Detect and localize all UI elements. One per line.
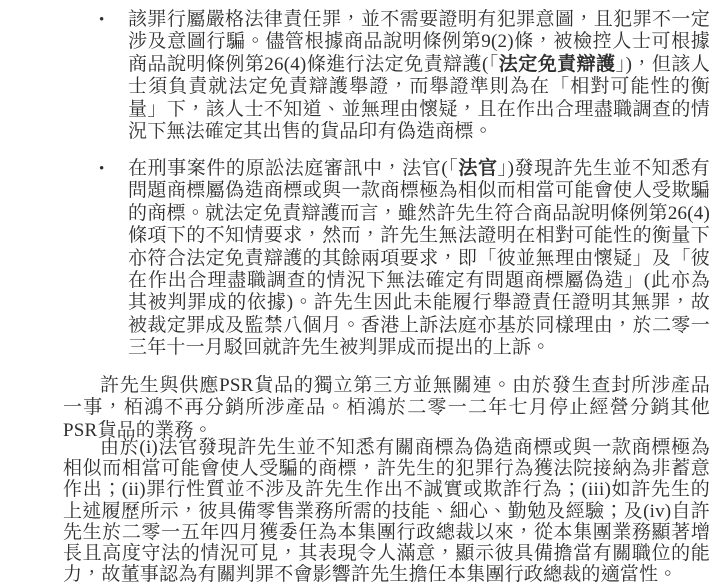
document-page: • 該罪行屬嚴格法律責任罪，並不需要證明有犯罪意圖，且犯罪不一定涉及意圖行騙。儘…: [0, 0, 718, 588]
paragraph-text: 由於(i)法官發現許先生並不知悉有關商標為偽造商標或與一款商標極為相似而相當可能…: [63, 437, 710, 585]
bullet-text: 該罪行屬嚴格法律責任罪，並不需要證明有犯罪意圖，且犯罪不一定涉及意圖行騙。儘管根…: [128, 9, 710, 142]
body-paragraph: 許先生與供應PSR貨品的獨立第三方並無關連。由於發生查封所涉產品一事，栢鴻不再分…: [63, 375, 710, 442]
bullet-icon: •: [99, 9, 104, 31]
bullet-icon: •: [99, 158, 104, 180]
paragraph-text: 許先生與供應PSR貨品的獨立第三方並無關連。由於發生查封所涉產品一事，栢鴻不再分…: [63, 375, 710, 441]
bullet-item: • 在刑事案件的原訟法庭審訊中，法官(「法官」)發現許先生並不知悉有問題商標屬偽…: [128, 158, 710, 360]
bullet-text: 在刑事案件的原訟法庭審訊中，法官(「法官」)發現許先生並不知悉有問題商標屬偽造商…: [128, 158, 710, 358]
body-paragraph: 由於(i)法官發現許先生並不知悉有關商標為偽造商標或與一款商標極為相似而相當可能…: [63, 437, 710, 585]
bullet-item: • 該罪行屬嚴格法律責任罪，並不需要證明有犯罪意圖，且犯罪不一定涉及意圖行騙。儘…: [128, 9, 710, 143]
